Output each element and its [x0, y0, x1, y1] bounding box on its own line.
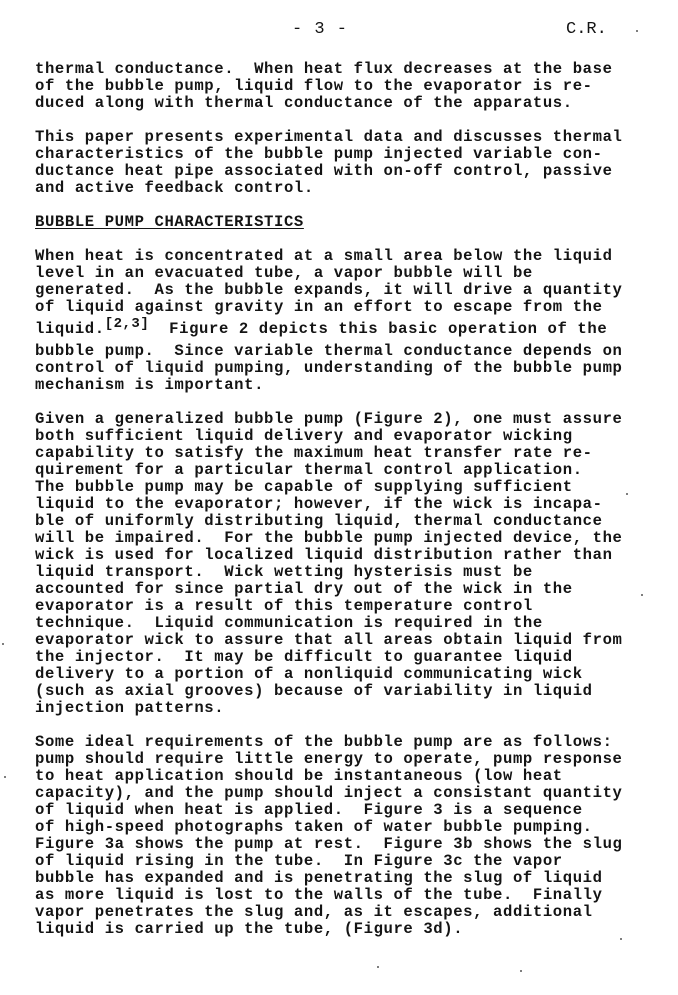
scan-speck [641, 594, 643, 596]
intro-paragraph-continuation: thermal conductance. When heat flux decr… [35, 61, 655, 112]
text-line: delivery to a portion of a nonliquid com… [35, 666, 655, 683]
text-line: vapor penetrates the slug and, as it esc… [35, 904, 655, 921]
text-line: When heat is concentrated at a small are… [35, 248, 655, 265]
text-line: Given a generalized bubble pump (Figure … [35, 411, 655, 428]
citation-reference: [2,3] [105, 316, 150, 332]
bubble-generation-paragraph: When heat is concentrated at a small are… [35, 248, 655, 394]
text-line: injection patterns. [35, 700, 655, 717]
text-line: evaporator wick to assure that all areas… [35, 632, 655, 649]
text-line: liquid is carried up the tube, (Figure 3… [35, 921, 655, 938]
text-line: liquid transport. Wick wetting hysterisi… [35, 564, 655, 581]
text-line: of high-speed photographs taken of water… [35, 819, 655, 836]
text-line: generated. As the bubble expands, it wil… [35, 282, 655, 299]
scan-speck [520, 970, 522, 972]
text-line: characteristics of the bubble pump injec… [35, 146, 655, 163]
generalized-pump-paragraph: Given a generalized bubble pump (Figure … [35, 411, 655, 717]
paper-purpose-paragraph: This paper presents experimental data an… [35, 129, 655, 197]
text-line: level in an evacuated tube, a vapor bubb… [35, 265, 655, 282]
body-text: thermal conductance. When heat flux decr… [35, 61, 655, 955]
section-heading-text: BUBBLE PUMP CHARACTERISTICS [35, 213, 304, 231]
text-line: evaporator is a result of this temperatu… [35, 598, 655, 615]
text-line: capability to satisfy the maximum heat t… [35, 445, 655, 462]
text-line: accounted for since partial dry out of t… [35, 581, 655, 598]
text-line: pump should require little energy to ope… [35, 751, 655, 768]
scan-speck [626, 493, 628, 495]
text-line: of liquid rising in the tube. In Figure … [35, 853, 655, 870]
scan-speck [636, 30, 638, 32]
running-head: C.R. [566, 20, 607, 39]
text-line: liquid to the evaporator; however, if th… [35, 496, 655, 513]
text-line: will be impaired. For the bubble pump in… [35, 530, 655, 547]
text-line: This paper presents experimental data an… [35, 129, 655, 146]
text-line: wick is used for localized liquid distri… [35, 547, 655, 564]
text-line: (such as axial grooves) because of varia… [35, 683, 655, 700]
text-line: both sufficient liquid delivery and evap… [35, 428, 655, 445]
text-line-with-citation: liquid.[2,3] Figure 2 depicts this basic… [35, 316, 655, 343]
text-line: to heat application should be instantane… [35, 768, 655, 785]
text-line: and active feedback control. [35, 180, 655, 197]
text-fragment: Figure 2 depicts this basic operation of… [149, 320, 607, 338]
scan-speck [377, 966, 379, 968]
section-heading: BUBBLE PUMP CHARACTERISTICS [35, 214, 655, 231]
page-number: - 3 - [292, 20, 348, 39]
text-fragment: liquid. [35, 320, 105, 338]
text-line: ble of uniformly distributing liquid, th… [35, 513, 655, 530]
scan-speck [620, 938, 622, 940]
text-line: the injector. It may be difficult to gua… [35, 649, 655, 666]
text-line: ductance heat pipe associated with on-of… [35, 163, 655, 180]
scan-speck [4, 776, 6, 778]
text-line: as more liquid is lost to the walls of t… [35, 887, 655, 904]
page-header: - 3 - C.R. [0, 20, 678, 40]
text-line: control of liquid pumping, understanding… [35, 360, 655, 377]
text-line: capacity), and the pump should inject a … [35, 785, 655, 802]
text-line: bubble has expanded and is penetrating t… [35, 870, 655, 887]
text-line: of liquid when heat is applied. Figure 3… [35, 802, 655, 819]
text-line: thermal conductance. When heat flux decr… [35, 61, 655, 78]
text-line: The bubble pump may be capable of supply… [35, 479, 655, 496]
text-line: of the bubble pump, liquid flow to the e… [35, 78, 655, 95]
ideal-requirements-paragraph: Some ideal requirements of the bubble pu… [35, 734, 655, 938]
text-line: Some ideal requirements of the bubble pu… [35, 734, 655, 751]
text-line: quirement for a particular thermal contr… [35, 462, 655, 479]
text-line: of liquid against gravity in an effort t… [35, 299, 655, 316]
text-line: technique. Liquid communication is requi… [35, 615, 655, 632]
text-line: Figure 3a shows the pump at rest. Figure… [35, 836, 655, 853]
text-line: mechanism is important. [35, 377, 655, 394]
text-line: bubble pump. Since variable thermal cond… [35, 343, 655, 360]
scan-speck [2, 643, 4, 645]
text-line: duced along with thermal conductance of … [35, 95, 655, 112]
